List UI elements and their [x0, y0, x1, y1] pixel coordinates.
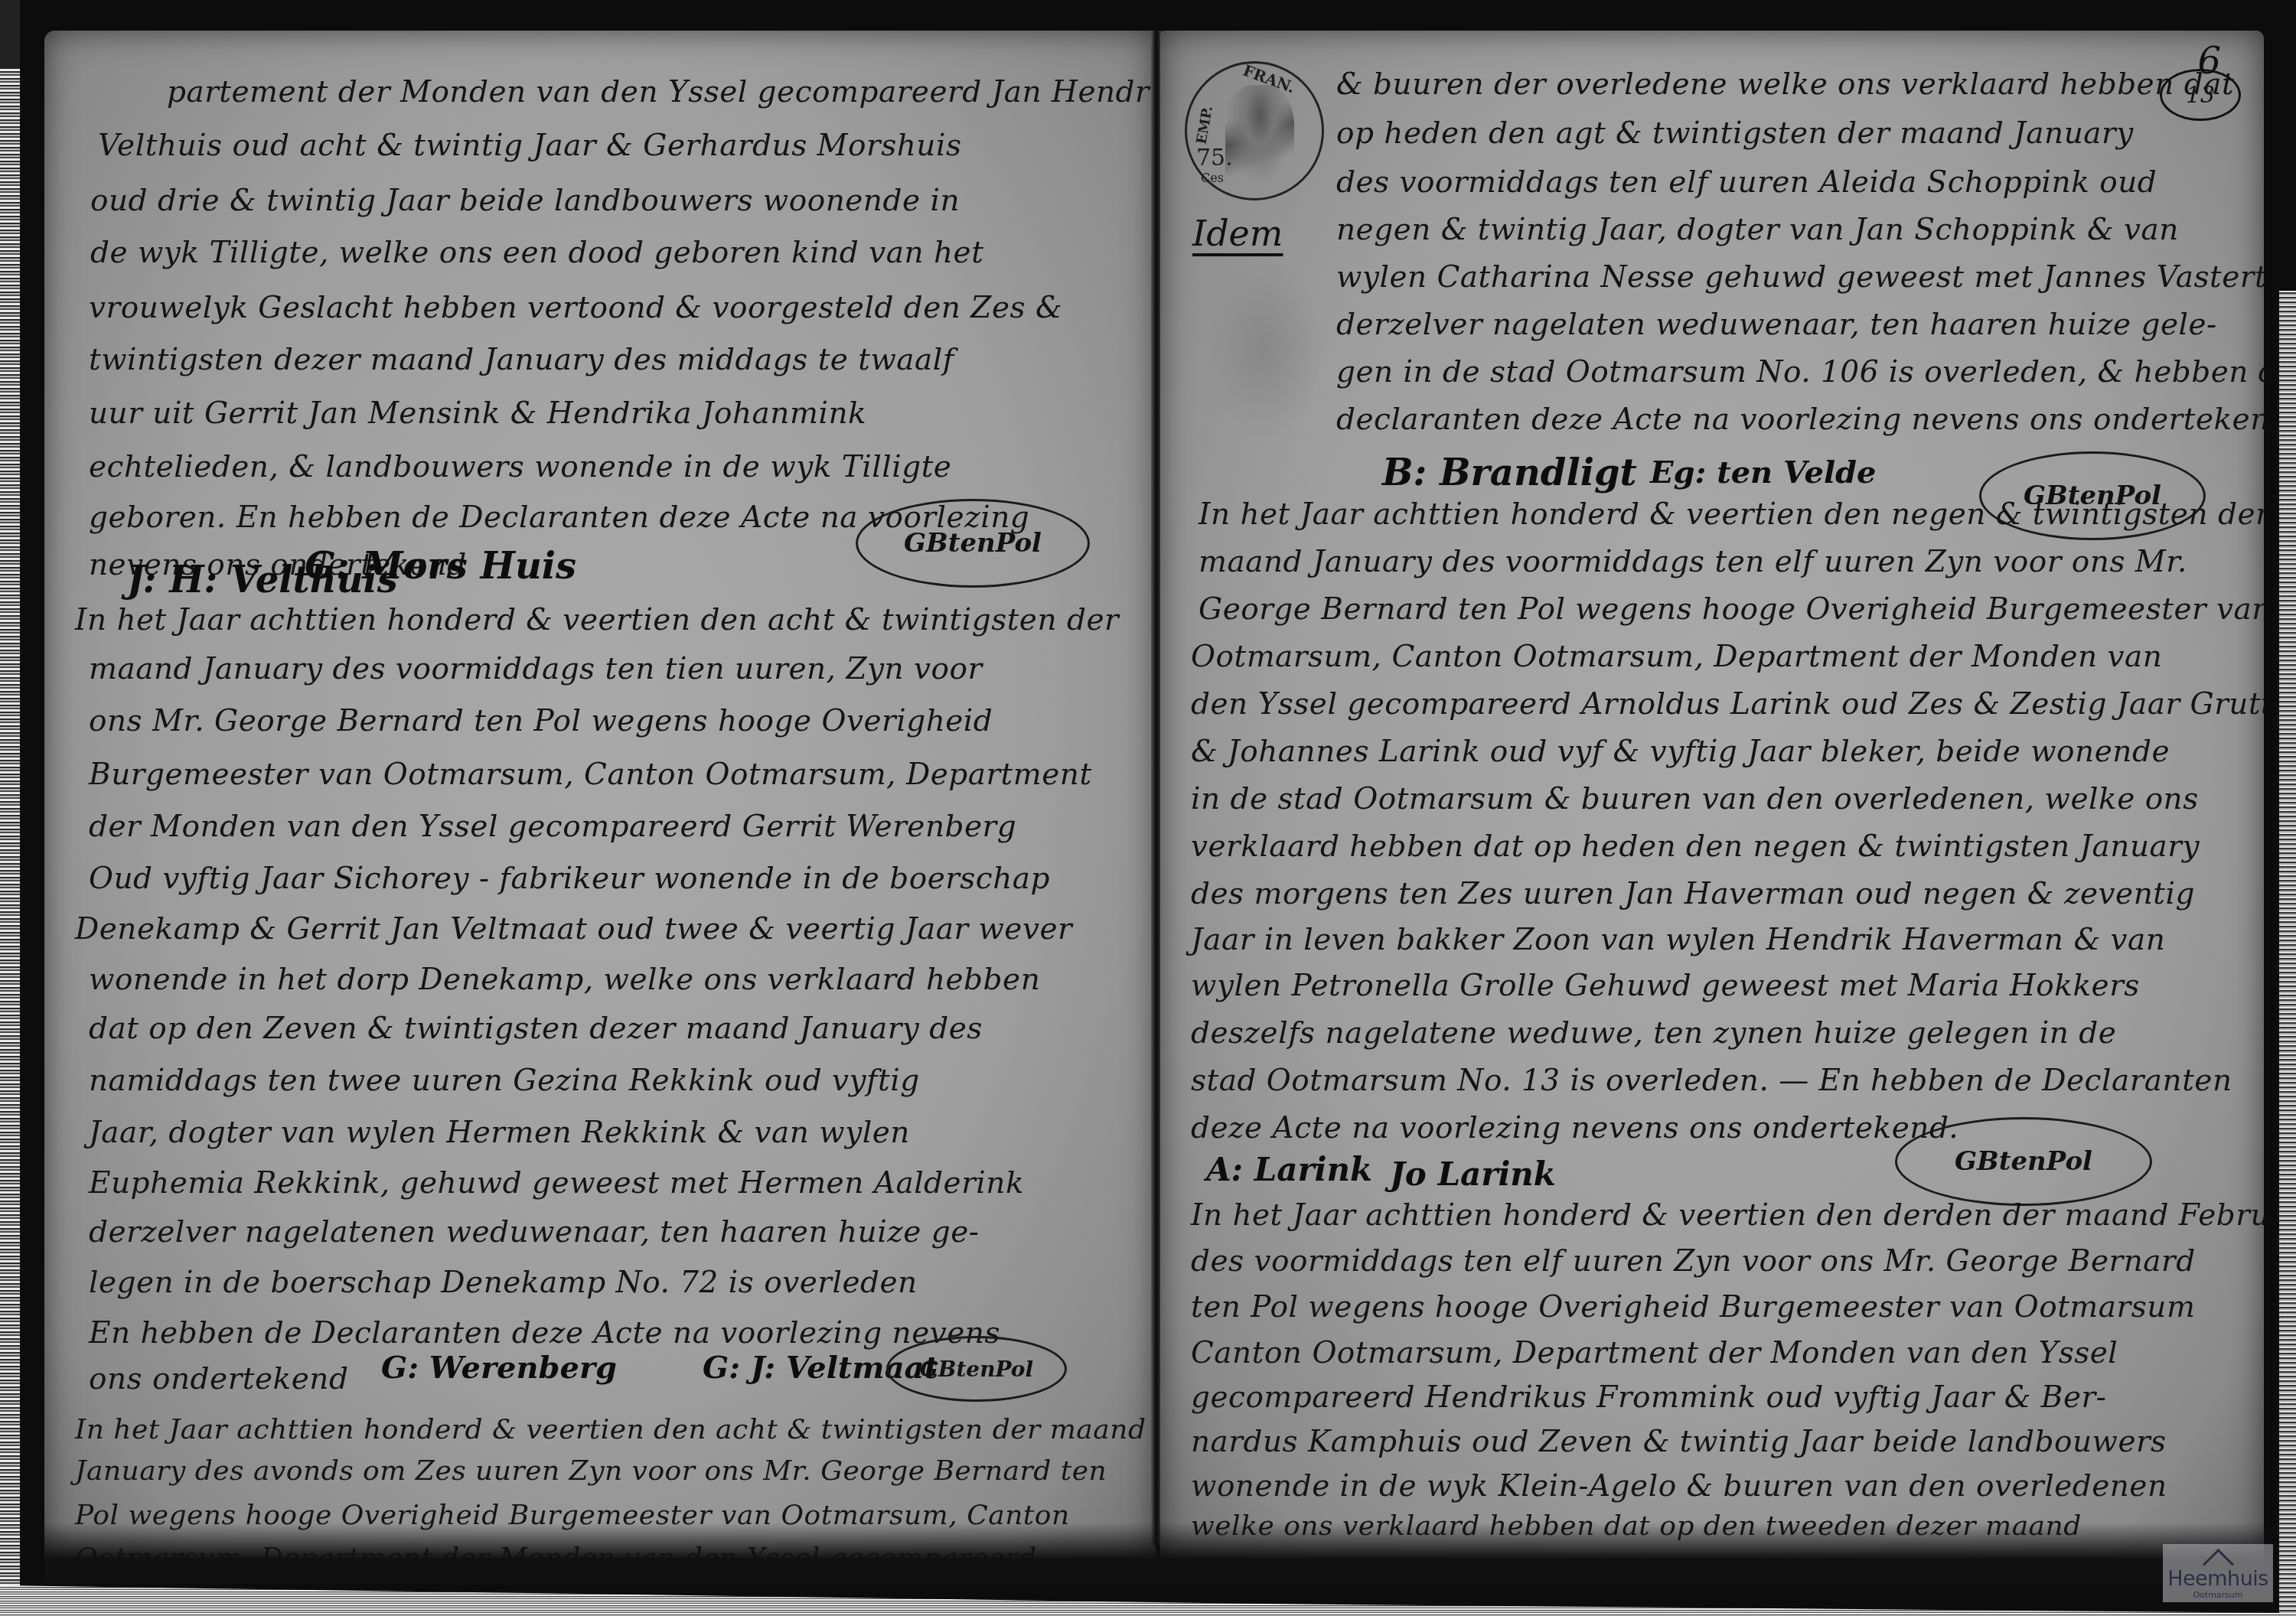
text-line: twintigsten dezer maand January des midd… [89, 343, 954, 377]
text-line: deze Acte na voorlezing nevens ons onder… [1191, 1111, 1958, 1145]
margin-note: Idem [1192, 213, 1283, 254]
text-line: vrouwelyk Geslacht hebben vertoond & voo… [89, 291, 1062, 325]
text-line: En hebben de Declaranten deze Acte na vo… [89, 1316, 1000, 1350]
left-page: partement der Monden van den Yssel gecom… [44, 31, 1156, 1576]
allegorical-figure-icon [1225, 85, 1294, 184]
signature-a-larink: A: Larink [1206, 1151, 1372, 1188]
text-line: January des avonds om Zes uuren Zyn voor… [75, 1455, 1107, 1487]
text-line: maand January des voormiddags ten tien u… [89, 652, 983, 686]
text-line: stad Ootmarsum No. 13 is overleden. — En… [1191, 1064, 2232, 1098]
heemhuis-watermark: Heemhuis Ootmarsum [2163, 1544, 2273, 1602]
text-line: ten Pol wegens hooge Overigheid Burgemee… [1191, 1290, 2195, 1324]
signature-morshuis: G: Mors Huis [305, 545, 576, 588]
faded-seal [1206, 260, 1321, 436]
text-line: dat op den Zeven & twintigsten dezer maa… [89, 1012, 983, 1046]
text-line: ons ondertekend [89, 1362, 348, 1396]
text-line: In het Jaar achttien honderd & veertien … [75, 1414, 1146, 1445]
text-line: wylen Catharina Nesse gehuwd geweest met… [1336, 260, 2264, 295]
text-line: ons Mr. George Bernard ten Pol wegens ho… [89, 704, 993, 738]
signature-mayor: GBtenPol [1895, 1117, 2152, 1206]
text-line: Velthuis oud acht & twintig Jaar & Gerha… [98, 129, 961, 163]
text-line: der Monden van den Yssel gecompareerd Ge… [89, 810, 1016, 844]
scanner-edge-bottom [0, 1585, 2296, 1616]
text-line: verklaard hebben dat op heden den negen … [1191, 829, 2200, 864]
text-line: nardus Kamphuis oud Zeven & twintig Jaar… [1191, 1425, 2167, 1459]
signature-brandligt: B: Brandligt [1382, 451, 1637, 494]
signature-mayor: GBtenPol [886, 1336, 1067, 1402]
text-line: Jaar, dogter van wylen Hermen Rekkink & … [89, 1116, 910, 1150]
text-line: Ootmarsum, Canton Ootmarsum, Department … [1191, 640, 2162, 674]
text-line: In het Jaar achttien honderd & veertien … [1199, 497, 2264, 532]
page-bottom-edge [44, 1523, 2264, 1584]
signature-mayor: GBtenPol [856, 499, 1090, 588]
text-line: oud drie & twintig Jaar beide landbouwer… [90, 184, 960, 218]
text-line: negen & twintig Jaar, dogter van Jan Sch… [1336, 213, 2179, 247]
text-line: Burgemeester van Ootmarsum, Canton Ootma… [89, 757, 1092, 792]
text-line: Canton Ootmarsum, Department der Monden … [1191, 1336, 2118, 1370]
text-line: namiddags ten twee uuren Gezina Rekkink … [89, 1064, 920, 1098]
text-line: wonende in de wyk Klein-Agelo & buuren v… [1191, 1469, 2167, 1504]
text-line: & Johannes Larink oud vyf & vyftig Jaar … [1191, 735, 2170, 769]
text-line: derzelver nagelatenen weduwenaar, ten ha… [89, 1215, 979, 1249]
text-line: gen in de stad Ootmarsum No. 106 is over… [1336, 355, 2264, 389]
text-line: George Bernard ten Pol wegens hooge Over… [1199, 592, 2264, 627]
text-line: den Yssel gecompareerd Arnoldus Larink o… [1191, 687, 2264, 722]
scanner-edge-left [0, 0, 20, 1616]
tax-stamp: FRAN. EMP. 75. Ces [1185, 61, 1324, 200]
text-line: In het Jaar achttien honderd & veertien … [1191, 1198, 2264, 1233]
text-line: des morgens ten Zes uuren Jan Haverman o… [1191, 877, 2195, 911]
text-line: des voormiddags ten elf uuren Aleida Sch… [1336, 165, 2157, 200]
text-line: Jaar in leven bakker Zoon van wylen Hend… [1191, 923, 2165, 957]
text-line: & buuren der overledene welke ons verkla… [1336, 67, 2234, 102]
text-line: Euphemia Rekkink, gehuwd geweest met Her… [89, 1166, 1024, 1201]
text-line: Oud vyftig Jaar Sichorey - fabrikeur won… [89, 862, 1050, 896]
signature-jo-larink: Jo Larink [1390, 1155, 1556, 1193]
signature-ten-velde: Eg: ten Velde [1650, 454, 1877, 490]
text-line: derzelver nagelaten weduwenaar, ten haar… [1336, 308, 2217, 342]
signature-werenberg: G: Werenberg [381, 1350, 617, 1386]
scanner-edge-right [2279, 291, 2296, 1616]
text-line: In het Jaar achttien honderd & veertien … [75, 603, 1119, 637]
text-line: wylen Petronella Grolle Gehuwd geweest m… [1191, 969, 2140, 1003]
text-line: deszelfs nagelatene weduwe, ten zynen hu… [1191, 1016, 2116, 1051]
text-line: echtelieden, & landbouwers wonende in de… [89, 450, 951, 484]
right-page: FRAN. EMP. 75. Ces Idem 6 13 & buuren de… [1160, 31, 2264, 1576]
text-line: in de stad Ootmarsum & buuren van den ov… [1191, 782, 2199, 816]
text-line: wonende in het dorp Denekamp, welke ons … [89, 963, 1040, 997]
text-line: legen in de boerschap Denekamp No. 72 is… [89, 1266, 918, 1300]
text-line: gecompareerd Hendrikus Frommink oud vyft… [1191, 1380, 2106, 1415]
text-line: maand January des voormiddags ten elf uu… [1199, 545, 2187, 579]
text-line: uur uit Gerrit Jan Mensink & Hendrika Jo… [89, 396, 866, 431]
text-line: declaranten deze Acte na voorlezing neve… [1336, 402, 2264, 437]
text-line: partement der Monden van den Yssel gecom… [167, 75, 1156, 109]
text-line: des voormiddags ten elf uuren Zyn voor o… [1191, 1244, 2196, 1279]
text-line: Denekamp & Gerrit Jan Veltmaat oud twee … [75, 912, 1072, 946]
text-line: de wyk Tilligte, welke ons een dood gebo… [90, 236, 983, 270]
text-line: op heden den agt & twintigsten der maand… [1336, 116, 2134, 151]
